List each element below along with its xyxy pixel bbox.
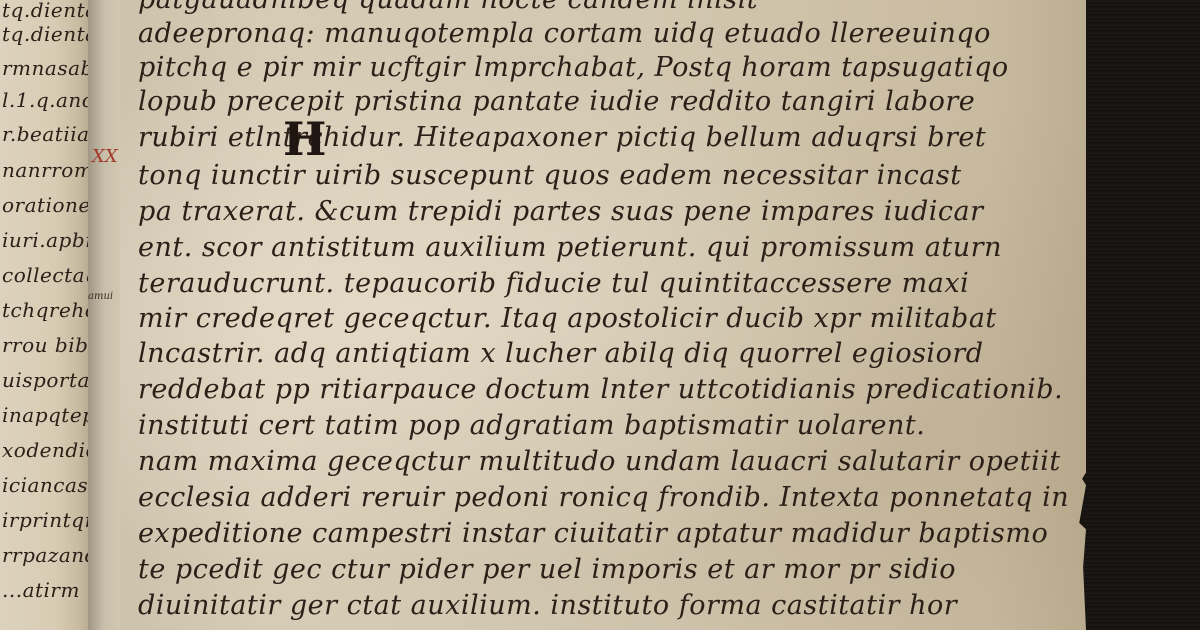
left-text-line: r.beatiialb xyxy=(2,122,92,146)
left-text-line: tq.dienta xyxy=(2,22,92,46)
left-text-line: ...atirm xyxy=(2,578,80,602)
right-text-line: expeditione campestri instar ciuitatir a… xyxy=(138,518,1048,549)
right-text-line: patgauadnibeq quadam nocte candem inisit xyxy=(138,0,758,15)
left-text-line: rrou bibead xyxy=(2,333,92,357)
right-text-line: mir credeqret geceqctur. Itaq apostolici… xyxy=(138,303,997,334)
right-text-line: ent. scor antistitum auxilium petierunt.… xyxy=(138,232,1002,263)
right-text-line: reddebat pp ritiarpauce doctum lnter utt… xyxy=(138,374,1063,405)
right-manuscript-page: patgauadnibeq quadam nocte candem inisit… xyxy=(120,0,1086,630)
left-text-line: tchqrehosp xyxy=(2,298,92,322)
right-text-line: nam maxima geceqctur multitudo undam lau… xyxy=(138,446,1061,477)
left-text-line: uisportaq xyxy=(2,368,92,392)
right-text-line: pitchq e pir mir ucftgir lmprchabat, Pos… xyxy=(138,52,1009,83)
dark-background xyxy=(1082,0,1200,630)
left-text-line: rmnasab xyxy=(2,56,92,80)
left-text-line: irprintqnor xyxy=(2,508,92,532)
marginal-gloss: amui xyxy=(88,291,113,302)
left-text-line: oratione xyxy=(2,193,91,217)
left-text-line: xodendicud xyxy=(2,438,92,462)
left-text-line: collectaqu xyxy=(2,263,92,287)
right-text-line: adeepronaq: manuqotempla cortam uidq etu… xyxy=(138,18,991,49)
decorated-initial: H xyxy=(283,112,326,166)
right-text-line: pa traxerat. &cum trepidi partes suas pe… xyxy=(138,196,984,227)
right-text-line: diuinitatir ger ctat auxilium. instituto… xyxy=(138,590,957,621)
left-text-line: tq.dienta xyxy=(2,0,92,22)
left-text-line: l.1.q.ancu xyxy=(2,88,92,112)
right-text-line: terauducrunt. tepaucorib fiducie tul qui… xyxy=(138,268,969,299)
right-text-line: te pcedit gec ctur pider per uel imporis… xyxy=(138,554,956,585)
right-text-line: rubiri etlntrchidur. Hiteapaxoner pictiq… xyxy=(138,122,986,153)
left-text-line: nanrromm xyxy=(2,158,92,182)
left-text-line: iciancasun xyxy=(2,473,92,497)
right-text-line: instituti cert tatim pop adgratiam bapti… xyxy=(138,410,925,441)
left-manuscript-page: tq.dienta tq.dienta rmnasab l.1.q.ancu r… xyxy=(0,0,92,630)
right-text-line: lopub precepit pristina pantate iudie re… xyxy=(138,86,975,117)
right-text-line: lncastrir. adq antiqtiam x lucher abilq … xyxy=(138,338,984,369)
right-text-line: tonq iunctir uirib suscepunt quos eadem … xyxy=(138,160,962,191)
left-text-line: rrpazandab xyxy=(2,543,92,567)
left-text-line: inapqtepe xyxy=(2,403,92,427)
rubric-chapter-numeral: XX xyxy=(92,146,118,167)
left-text-line: iuri.apbr xyxy=(2,228,92,252)
right-text-line: ecclesia adderi reruir pedoni ronicq fro… xyxy=(138,482,1069,513)
